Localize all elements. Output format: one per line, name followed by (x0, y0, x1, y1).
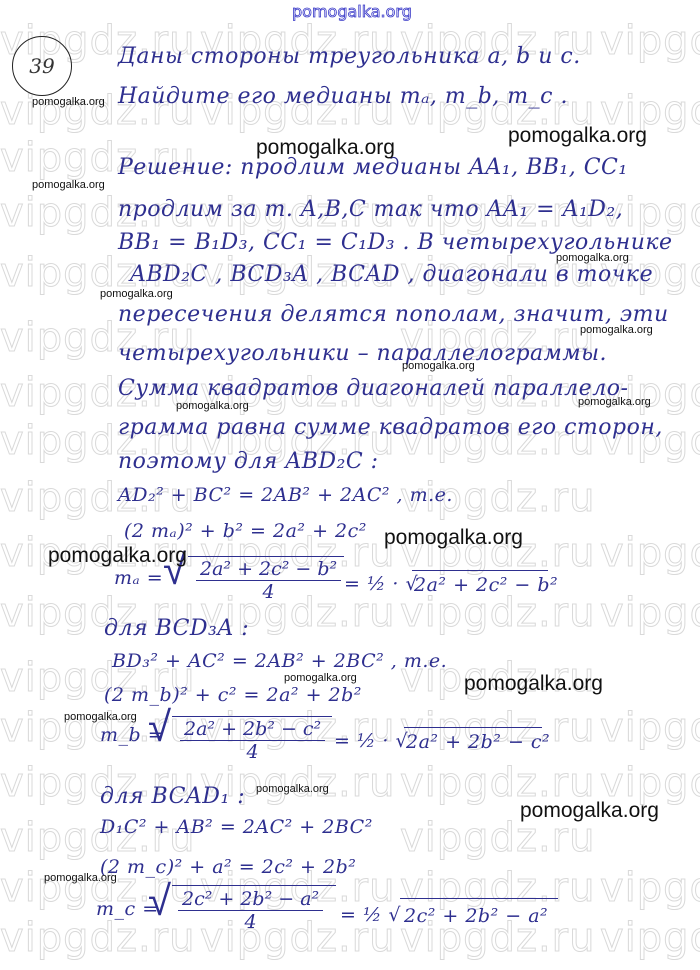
watermark-pomogalka: pomogalka.org (402, 360, 475, 372)
sqrt-icon: √ (148, 702, 171, 751)
site-header-logo: pomogalka.org (292, 2, 412, 21)
ma-radicand: 2a² + 2c² − b² (414, 574, 558, 596)
watermark-vipgdz: vipgdz.ru (600, 530, 700, 576)
watermark-vipgdz: vipgdz.ru (600, 705, 700, 751)
sqrt-bar (412, 570, 548, 571)
fraction-numerator: 2a² + 2c² − b² (196, 558, 341, 581)
equation-bcd3a: BD₃² + AC² = 2AB² + 2BC² , т.е. (112, 650, 447, 672)
fraction-numerator: 2a² + 2b² − c² (180, 718, 325, 741)
solution-line-bcd3a: для BCD₃A : (104, 616, 249, 641)
watermark-vipgdz: vipgdz.ru (600, 865, 700, 911)
solution-line-6: четырехугольники – параллелограммы. (118, 341, 607, 366)
watermark-pomogalka: pomogalka.org (384, 526, 523, 550)
sqrt-bar (172, 716, 332, 717)
watermark-pomogalka: pomogalka.org (64, 711, 137, 723)
solution-line-2: продлим за т. A,B,C так что AA₁ = A₁D₂, (118, 197, 623, 222)
sqrt-icon: √ (148, 876, 171, 925)
solution-line-bcad1: для BCAD₁ : (100, 784, 245, 809)
equation-abd2c: AD₂² + BC² = 2AB² + 2AC² , т.е. (118, 484, 453, 506)
watermark-pomogalka: pomogalka.org (256, 783, 329, 795)
sqrt-bar (400, 898, 558, 899)
ma-rhs-prefix: = ½ · √ (344, 573, 418, 595)
watermark-pomogalka: pomogalka.org (284, 672, 357, 684)
sqrt-bar (188, 556, 344, 557)
watermark-vipgdz: vipgdz.ru (400, 590, 595, 636)
watermark-pomogalka: pomogalka.org (520, 799, 659, 823)
watermark-pomogalka: pomogalka.org (256, 136, 395, 160)
watermark-pomogalka: pomogalka.org (580, 324, 653, 336)
solution-line-9: поэтому для ABD₂C : (118, 449, 379, 474)
sqrt-bar (172, 885, 336, 886)
equation-mb-squared: (2 m_b)² + c² = 2a² + 2b² (104, 684, 362, 706)
ma-fraction: 2a² + 2c² − b² 4 (196, 558, 341, 603)
mc-fraction: 2c² + 2b² − a² 4 (178, 888, 323, 933)
solution-line-7: Сумма квадратов диагоналей параллело- (118, 376, 628, 401)
watermark-pomogalka: pomogalka.org (556, 252, 629, 264)
equation-ma-squared: (2 mₐ)² + b² = 2a² + 2c² (124, 520, 367, 542)
problem-number-badge: 39 (12, 36, 72, 96)
solution-line-4: ABD₂C , BCD₃A , BCAD , диагонали в точке (130, 262, 653, 287)
equation-bcad1: D₁C² + AB² = 2AC² + 2BC² (100, 816, 373, 838)
watermark-pomogalka: pomogalka.org (48, 544, 187, 568)
condition-line-2: Найдите его медианы mₐ, m_b, m_c . (118, 84, 568, 109)
fraction-numerator: 2c² + 2b² − a² (178, 888, 323, 911)
fraction-denominator: 4 (180, 741, 325, 763)
mb-rhs-prefix: = ½ · √ (334, 730, 408, 752)
watermark-pomogalka: pomogalka.org (44, 872, 117, 884)
mc-rhs-prefix: = ½ √ (340, 904, 401, 926)
watermark-vipgdz: vipgdz.ru (600, 590, 700, 636)
watermark-pomogalka: pomogalka.org (32, 96, 105, 108)
mb-radicand: 2a² + 2b² − c² (406, 731, 550, 753)
condition-line-1: Даны стороны треугольника a, b и c. (118, 44, 581, 69)
watermark-pomogalka: pomogalka.org (100, 288, 173, 300)
watermark-vipgdz: vipgdz.ru (600, 18, 700, 64)
watermark-pomogalka: pomogalka.org (508, 124, 647, 148)
watermark-pomogalka: pomogalka.org (464, 672, 603, 696)
equation-mc-squared: (2 m_c)² + a² = 2c² + 2b² (100, 856, 356, 878)
sqrt-bar (404, 727, 542, 728)
ma-lhs: mₐ = (114, 567, 163, 589)
solution-line-8: грамма равна сумме квадратов его сторон, (118, 415, 663, 440)
fraction-denominator: 4 (178, 911, 323, 933)
watermark-pomogalka: pomogalka.org (578, 396, 651, 408)
fraction-denominator: 4 (196, 581, 341, 603)
mb-fraction: 2a² + 2b² − c² 4 (180, 718, 325, 763)
mc-radicand: 2c² + 2b² − a² (404, 905, 548, 927)
watermark-pomogalka: pomogalka.org (32, 179, 105, 191)
watermark-pomogalka: pomogalka.org (176, 400, 249, 412)
watermark-vipgdz: vipgdz.ru (600, 915, 700, 961)
